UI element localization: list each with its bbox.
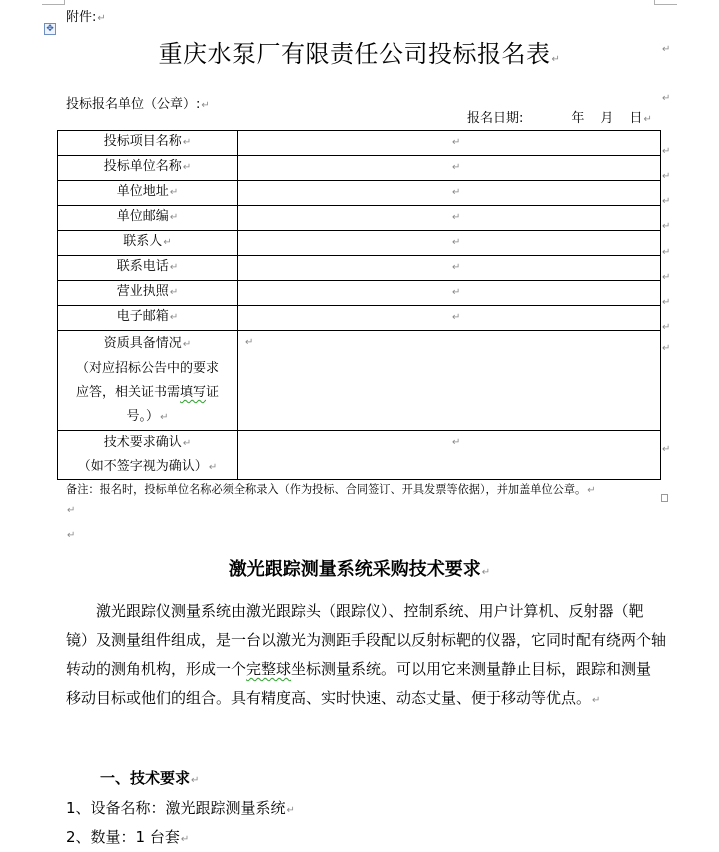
form-label-qualification: 资质具备情况↵ （对应招标公告中的要求 应答，相关证书需填写证 号。）↵	[58, 331, 238, 431]
paragraph-mark-icon: ↵	[662, 93, 670, 104]
form-field-tech-confirm[interactable]: ↵	[238, 431, 661, 480]
table-resize-handle-icon[interactable]	[661, 494, 668, 502]
paragraph-mark-icon: ↵	[662, 196, 670, 207]
bidder-unit-text: 投标报名单位（公章）:	[66, 97, 200, 112]
page-corner-mark-left	[42, 0, 65, 5]
paragraph-mark-icon: ↵	[67, 530, 75, 541]
table-row: 联系电话↵ ↵	[58, 256, 661, 281]
date-label: 报名日期:	[467, 111, 523, 126]
form-field-email[interactable]: ↵	[238, 306, 661, 331]
page-title: 重庆水泵厂有限责任公司投标报名表↵	[0, 34, 719, 69]
paragraph-mark-icon: ↵	[662, 221, 670, 232]
form-label-bidder-name: 投标单位名称↵	[58, 156, 238, 181]
description-paragraph: 激光跟踪仪测量系统由激光跟踪头（跟踪仪）、控制系统、用户计算机、反射器（靶镜）及…	[66, 597, 666, 715]
form-label-business-license: 营业执照↵	[58, 281, 238, 306]
paragraph-mark-icon: ↵	[662, 444, 670, 455]
list-item: 1、设备名称：激光跟踪测量系统↵	[66, 797, 295, 818]
paragraph-mark-icon: ↵	[662, 247, 670, 258]
table-row: 营业执照↵ ↵	[58, 281, 661, 306]
paragraph-mark-icon: ↵	[662, 44, 670, 55]
bidder-unit-label: 投标报名单位（公章）:↵	[66, 93, 210, 112]
table-row: 投标单位名称↵ ↵	[58, 156, 661, 181]
form-label-contact-person: 联系人↵	[58, 231, 238, 256]
form-label-postcode: 单位邮编↵	[58, 206, 238, 231]
date-month: 月	[600, 111, 613, 126]
table-row: 联系人↵ ↵	[58, 231, 661, 256]
form-label-project-name: 投标项目名称↵	[58, 131, 238, 156]
paragraph-mark-icon: ↵	[201, 100, 209, 111]
paragraph-mark-icon: ↵	[552, 54, 561, 65]
paragraph-mark-icon: ↵	[662, 297, 670, 308]
registration-date: 报名日期:年月日↵	[467, 107, 652, 126]
title-text: 重庆水泵厂有限责任公司投标报名表	[159, 40, 551, 68]
table-row: 单位地址↵ ↵	[58, 181, 661, 206]
paragraph-mark-icon: ↵	[662, 146, 670, 157]
table-row: 单位邮编↵ ↵	[58, 206, 661, 231]
note-text: 备注：报名时，投标单位名称必须全称录入（作为投标、合同签订、开具发票等依据），并…	[66, 481, 596, 497]
paragraph-mark-icon: ↵	[643, 114, 651, 125]
attachment-text: 附件:	[66, 10, 96, 25]
table-row: 技术要求确认↵ （如不签字视为确认）↵ ↵	[58, 431, 661, 480]
form-label-phone: 联系电话↵	[58, 256, 238, 281]
form-field-qualification[interactable]: ↵	[238, 331, 661, 431]
table-row: 资质具备情况↵ （对应招标公告中的要求 应答，相关证书需填写证 号。）↵ ↵	[58, 331, 661, 431]
form-label-tech-confirm: 技术要求确认↵ （如不签字视为确认）↵	[58, 431, 238, 480]
table-row: 电子邮箱↵ ↵	[58, 306, 661, 331]
table-row: 投标项目名称↵ ↵	[58, 131, 661, 156]
form-field-phone[interactable]: ↵	[238, 256, 661, 281]
paragraph-mark-icon: ↵	[662, 343, 670, 354]
registration-form-table: 投标项目名称↵ ↵ 投标单位名称↵ ↵ 单位地址↵ ↵ 单位邮编↵ ↵ 联系人↵…	[57, 130, 661, 480]
section-title: 激光跟踪测量系统采购技术要求↵	[0, 555, 719, 581]
form-field-contact-person[interactable]: ↵	[238, 231, 661, 256]
paragraph-mark-icon: ↵	[662, 322, 670, 333]
form-field-business-license[interactable]: ↵	[238, 281, 661, 306]
paragraph-mark-icon: ↵	[97, 13, 105, 24]
form-field-bidder-name[interactable]: ↵	[238, 156, 661, 181]
form-field-postcode[interactable]: ↵	[238, 206, 661, 231]
form-label-email: 电子邮箱↵	[58, 306, 238, 331]
form-field-project-name[interactable]: ↵	[238, 131, 661, 156]
attachment-label: 附件:↵	[66, 6, 106, 25]
date-year: 年	[571, 111, 584, 126]
page-corner-mark-right	[654, 0, 677, 5]
paragraph-mark-icon: ↵	[662, 171, 670, 182]
date-day: 日	[629, 111, 642, 126]
list-item: 2、数量：1 台套↵	[66, 826, 189, 847]
paragraph-mark-icon: ↵	[662, 272, 670, 283]
heading-tech-requirements: 一、技术要求↵	[100, 767, 199, 788]
form-label-address: 单位地址↵	[58, 181, 238, 206]
paragraph-mark-icon: ↵	[67, 505, 75, 516]
form-field-address[interactable]: ↵	[238, 181, 661, 206]
